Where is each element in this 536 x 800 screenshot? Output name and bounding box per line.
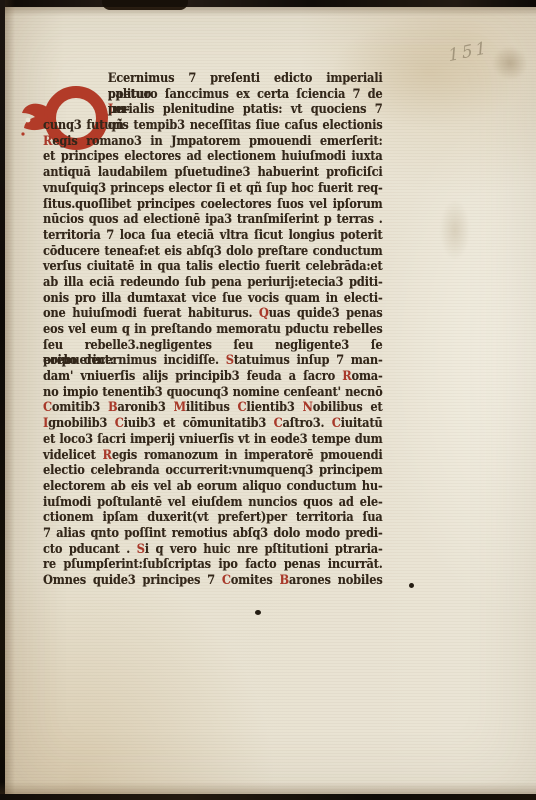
text-line: iuſmodi poſtulantē vel eiuſdem nuncios q… bbox=[43, 495, 383, 511]
text-line: Ecernimus 7 preſenti edicto imperiali pp… bbox=[43, 71, 383, 87]
bottom-edge-shadow bbox=[0, 782, 536, 794]
text-line: 7 alias qnto poſſint remotius abſq3 dolo… bbox=[43, 526, 383, 542]
text-line: vnuſquiq3 princeps elector ſi et qñ ſup … bbox=[43, 181, 383, 197]
text-segment: 7 alias qnto poſſint remotius abſq3 dolo… bbox=[43, 526, 383, 541]
rubricated-capital: R bbox=[103, 448, 112, 463]
text-segment: lientib3 bbox=[246, 400, 302, 415]
text-segment: arones nobiles bbox=[289, 573, 383, 588]
rubricated-capital: R bbox=[342, 369, 351, 384]
text-segment: aſtro3. bbox=[282, 416, 331, 431]
text-line: dam' vniuerſis alijs principib3 feuda a … bbox=[43, 369, 383, 385]
text-line: onis pro illa dumtaxat vice ſue vocis qu… bbox=[43, 291, 383, 307]
text-segment: vnuſquiq3 princeps elector ſi et qñ ſup … bbox=[43, 181, 383, 196]
text-line: electorem ab eis vel ab eorum aliquo con… bbox=[43, 479, 383, 495]
text-line: territoria 7 loca ſua eteciā vltra ſicut… bbox=[43, 228, 383, 244]
rubricated-capital: C bbox=[274, 416, 283, 431]
text-segment: no impio tenentib3 quocunq3 nomine cenſe… bbox=[43, 385, 383, 400]
ink-dot bbox=[409, 583, 414, 588]
text-line: perialis plenitudine ptatis: vt quociens… bbox=[43, 102, 383, 118]
text-line: cōducere teneaf:et eis abſq3 dolo preſta… bbox=[43, 244, 383, 260]
text-segment: one huiuſmodi fuerat habiturus. bbox=[43, 306, 259, 321]
rubricated-capital: C bbox=[222, 573, 231, 588]
rubricated-capital: Q bbox=[259, 306, 269, 321]
text-line: et principes electores ad electionem hui… bbox=[43, 149, 383, 165]
text-segment: ilitibus bbox=[186, 400, 238, 415]
rubricated-capital: N bbox=[303, 400, 313, 415]
text-segment: ctionem ipſam duxerit(vt prefert)per ter… bbox=[43, 510, 383, 525]
text-segment: electorem ab eis vel ab eorum aliquo con… bbox=[43, 479, 383, 494]
text-segment: obilibus et bbox=[313, 400, 383, 415]
text-line: cunq3 futuris tempib3 neceſſitas ſiue ca… bbox=[43, 118, 383, 134]
text-segment: uas quide3 penas bbox=[269, 306, 383, 321]
text-line: videlicet Regis romanozum in imperatorē … bbox=[43, 448, 383, 464]
text-segment: eos vel eum q in preſtando memoratu pduc… bbox=[43, 322, 383, 337]
rubricated-capital: S bbox=[226, 353, 234, 368]
text-segment: oma- bbox=[351, 369, 382, 384]
rubricated-capital: B bbox=[279, 573, 288, 588]
text-segment: electio celebranda occurrerit:vnumquenq3… bbox=[43, 463, 383, 478]
text-segment: cōducere teneaf:et eis abſq3 dolo preſta… bbox=[43, 244, 383, 259]
parchment-page: 151 D Ecernimus 7 preſenti edicto imperi… bbox=[0, 0, 536, 800]
text-line: ſeu rebelle3.negligentes ſeu negligente3… bbox=[43, 338, 383, 354]
text-segment: eoipo decernimus incidiſſe. bbox=[43, 353, 226, 368]
text-segment: dam' vniuerſis alijs principib3 feuda a … bbox=[43, 369, 342, 384]
text-segment: iuſmodi poſtulantē vel eiuſdem nuncios q… bbox=[43, 495, 383, 510]
text-line: ſitus.quoſlibet principes coelectores ſu… bbox=[43, 197, 383, 213]
text-segment: onis pro illa dumtaxat vice ſue vocis qu… bbox=[43, 291, 383, 306]
text-line: eoipo decernimus incidiſſe. Statuimus in… bbox=[43, 353, 383, 369]
text-line: Regis romano3 in Jmpatorem pmouendi emer… bbox=[43, 134, 383, 150]
rubricated-capital: R bbox=[43, 134, 52, 149]
text-line: verſus ciuitatē in qua talis electio fue… bbox=[43, 259, 383, 275]
text-segment: territoria 7 loca ſua eteciā vltra ſicut… bbox=[43, 228, 383, 243]
text-segment: omites bbox=[231, 573, 280, 588]
text-segment: antiquā laudabilem pſuetudine3 habuerint… bbox=[43, 165, 383, 180]
text-segment: egis romano3 in Jmpatorem pmouendi emerſ… bbox=[52, 134, 382, 149]
rubricated-capital: B bbox=[108, 400, 117, 415]
ink-dot bbox=[255, 610, 261, 615]
text-line: Ignobilib3 Ciuib3 et cōmunitatib3 Caſtro… bbox=[43, 416, 383, 432]
text-segment: cunq3 futuris tempib3 neceſſitas ſiue ca… bbox=[43, 118, 383, 133]
book-top-edge bbox=[0, 0, 536, 7]
text-segment: tatuimus inſup 7 man- bbox=[234, 353, 383, 368]
text-segment: i q vero huic nre pſtitutioni ptraria- bbox=[145, 542, 383, 557]
text-segment: cto pducant . bbox=[43, 542, 137, 557]
rubricated-capital: C bbox=[332, 416, 341, 431]
text-segment: aronib3 bbox=[117, 400, 173, 415]
text-line: palituro ſanccimus ex certa ſciencia 7 d… bbox=[43, 87, 383, 103]
top-edge-shadow bbox=[0, 7, 536, 16]
text-segment: ſitus.quoſlibet principes coelectores ſu… bbox=[43, 197, 383, 212]
text-segment: et principes electores ad electionem hui… bbox=[43, 149, 383, 164]
text-segment: iuitatū bbox=[341, 416, 383, 431]
text-line: electio celebranda occurrerit:vnumquenq3… bbox=[43, 463, 383, 479]
text-segment: Omnes quide3 principes 7 bbox=[43, 573, 222, 588]
text-line: et loco3 ſacri imperij vniuerſis vt in e… bbox=[43, 432, 383, 448]
text-line: cto pducant . Si q vero huic nre pſtitut… bbox=[43, 542, 383, 558]
text-segment: nūcios quos ad electionē ipa3 tranſmiſer… bbox=[43, 212, 383, 227]
text-line: eos vel eum q in preſtando memoratu pduc… bbox=[43, 322, 383, 338]
text-segment: verſus ciuitatē in qua talis electio fue… bbox=[43, 259, 383, 274]
left-edge-shadow bbox=[5, 0, 15, 800]
text-line: re pſumpſerint:ſubſcriptas ipo facto pen… bbox=[43, 557, 383, 573]
text-line: Omnes quide3 principes 7 Comites Barones… bbox=[43, 573, 383, 589]
book-bottom-edge bbox=[0, 794, 536, 800]
rubricated-capital: C bbox=[43, 400, 52, 415]
book-page-photo: 151 D Ecernimus 7 preſenti edicto imperi… bbox=[0, 0, 536, 800]
text-line: no impio tenentib3 quocunq3 nomine cenſe… bbox=[43, 385, 383, 401]
text-line: ab illa eciā redeundo ſub pena periurij:… bbox=[43, 275, 383, 291]
text-segment: ab illa eciā redeundo ſub pena periurij:… bbox=[43, 275, 383, 290]
text-line: ctionem ipſam duxerit(vt prefert)per ter… bbox=[43, 510, 383, 526]
text-segment: videlicet bbox=[43, 448, 103, 463]
text-segment: re pſumpſerint:ſubſcriptas ipo facto pen… bbox=[43, 557, 383, 572]
text-line: one huiuſmodi fuerat habiturus. Quas qui… bbox=[43, 306, 383, 322]
text-line: antiquā laudabilem pſuetudine3 habuerint… bbox=[43, 165, 383, 181]
faint-stain bbox=[440, 200, 470, 260]
text-segment: gnobilib3 bbox=[48, 416, 115, 431]
text-line: Comitib3 Baronib3 Militibus Clientib3 No… bbox=[43, 400, 383, 416]
rubricated-capital: M bbox=[173, 400, 185, 415]
text-line: nūcios quos ad electionē ipa3 tranſmiſer… bbox=[43, 212, 383, 228]
text-segment: omitib3 bbox=[52, 400, 108, 415]
text-segment: et loco3 ſacri imperij vniuerſis vt in e… bbox=[43, 432, 383, 447]
text-segment: iuib3 et cōmunitatib3 bbox=[124, 416, 274, 431]
text-segment: palituro ſanccimus ex certa ſciencia 7 d… bbox=[108, 87, 383, 102]
text-segment: egis romanozum in imperatorē pmouendi bbox=[112, 448, 383, 463]
rubricated-capital: C bbox=[115, 416, 124, 431]
text-block: Ecernimus 7 preſenti edicto imperiali pp… bbox=[43, 71, 383, 589]
